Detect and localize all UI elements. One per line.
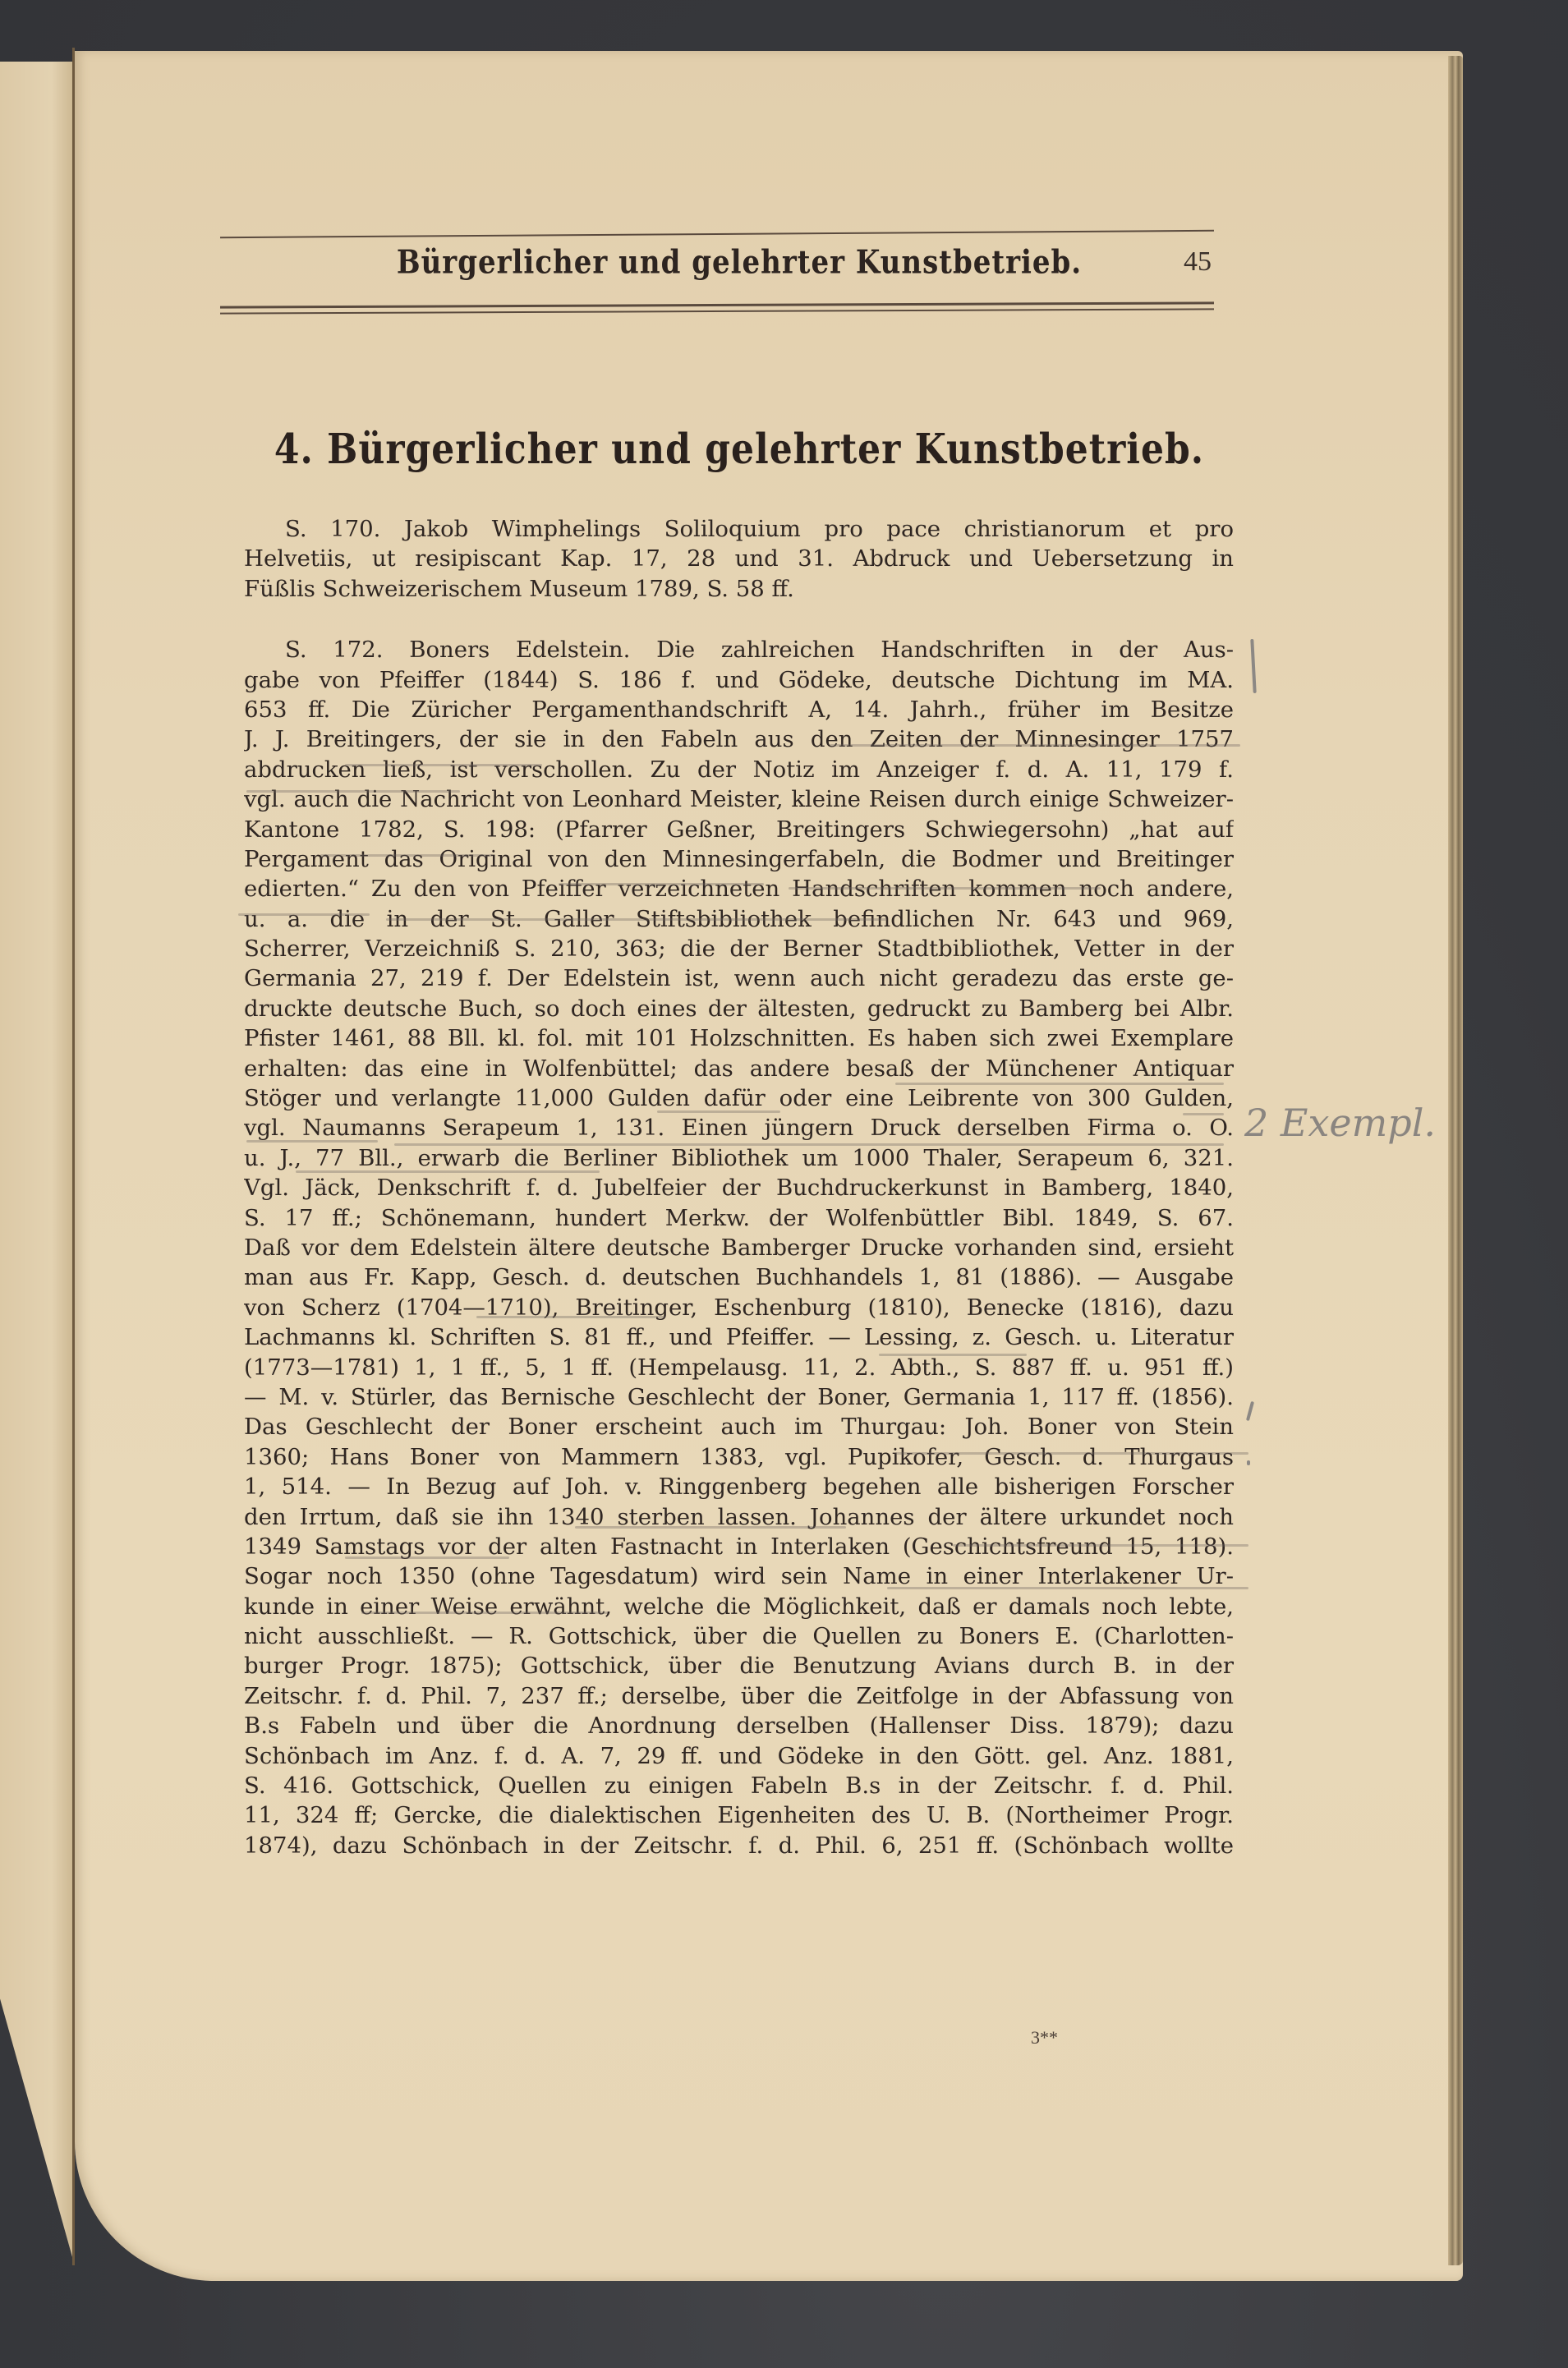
- text-line: erhalten: das eine in Wolfenbüttel; das …: [244, 1054, 1234, 1083]
- text-line: u. J., 77 Bll., erwarb die Berliner Bibl…: [244, 1143, 1234, 1173]
- page-number: 45: [1146, 246, 1212, 278]
- left-page-edge: [0, 62, 74, 2263]
- text-line: druckte deutsche Buch, so doch eines der…: [244, 994, 1234, 1023]
- pencil-underline: [238, 913, 370, 916]
- paragraph-s172: S. 172. Boners Edelstein. Die zahlreiche…: [244, 635, 1234, 1860]
- text-line: Pergament das Original von den Minnesing…: [244, 844, 1234, 874]
- pencil-underline: [394, 1143, 1224, 1146]
- text-line: man aus Fr. Kapp, Gesch. d. deutschen Bu…: [244, 1262, 1234, 1292]
- pencil-underline: [345, 1556, 509, 1559]
- text-line: von Scherz (1704—1710), Breitinger, Esch…: [244, 1293, 1234, 1322]
- text-line: Zeitschr. f. d. Phil. 7, 237 ff.; dersel…: [244, 1681, 1234, 1711]
- text-line: Pfister 1461, 88 Bll. kl. fol. mit 101 H…: [244, 1023, 1234, 1053]
- text-line: J. J. Breitingers, der sie in den Fabeln…: [244, 724, 1234, 754]
- pencil-underline: [345, 764, 542, 766]
- pencil-underline: [476, 1316, 665, 1318]
- text-line: Helvetiis, ut resipiscant Kap. 17, 28 un…: [244, 544, 1234, 573]
- text-line: Lachmanns kl. Schriften S. 81 ff., und P…: [244, 1322, 1234, 1352]
- pencil-underline: [1183, 1113, 1224, 1115]
- pencil-underline: [386, 918, 887, 921]
- pencil-underline: [559, 883, 764, 885]
- text-line: nicht ausschließt. — R. Gottschick, über…: [244, 1621, 1234, 1651]
- pencil-underline: [895, 1083, 1224, 1085]
- text-line: Kantone 1782, S. 198: (Pfarrer Geßner, B…: [244, 815, 1234, 844]
- pencil-underline: [895, 1452, 1248, 1455]
- text-line: S. 17 ff.; Schönemann, hundert Merkw. de…: [244, 1203, 1234, 1233]
- pencil-underline: [953, 1544, 1248, 1547]
- pencil-underline: [657, 1110, 780, 1113]
- pencil-margin-dot: [1247, 1460, 1250, 1465]
- pencil-underline: [879, 1354, 1027, 1356]
- signature-mark: 3**: [1031, 2027, 1058, 2048]
- text-line: abdrucken ließ, ist verschollen. Zu der …: [244, 755, 1234, 784]
- pencil-underline: [789, 887, 1101, 890]
- pencil-underline: [246, 1140, 378, 1143]
- body-text: S. 170. Jakob Wimphelings Soliloquium pr…: [244, 514, 1234, 1860]
- section-title: 4. Bürgerlicher und gelehrter Kunstbetri…: [246, 425, 1232, 474]
- text-line: Schönbach im Anz. f. d. A. 7, 29 ff. und…: [244, 1741, 1234, 1771]
- text-line: vgl. auch die Nachricht von Leonhard Mei…: [244, 784, 1234, 814]
- text-line: S. 172. Boners Edelstein. Die zahlreiche…: [244, 635, 1234, 664]
- text-line: S. 416. Gottschick, Quellen zu einigen F…: [244, 1771, 1234, 1800]
- text-line: Das Geschlecht der Boner erscheint auch …: [244, 1412, 1234, 1441]
- text-line: Stöger und verlangte 11,000 Gulden dafür…: [244, 1083, 1234, 1113]
- text-line: Scherrer, Verzeichniß S. 210, 363; die d…: [244, 934, 1234, 963]
- text-line: (1773—1781) 1, 1 ff., 5, 1 ff. (Hempelau…: [244, 1353, 1234, 1382]
- pencil-underline: [361, 1612, 608, 1614]
- text-line: burger Progr. 1875); Gottschick, über di…: [244, 1651, 1234, 1681]
- text-line: Vgl. Jäck, Denkschrift f. d. Jubelfeier …: [244, 1173, 1234, 1202]
- text-line: 11, 324 ff; Gercke, die dialektischen Ei…: [244, 1800, 1234, 1830]
- running-header-title: Bürgerlicher und gelehrter Kunstbetrieb.: [246, 244, 1232, 282]
- text-line: Daß vor dem Edelstein ältere deutsche Ba…: [244, 1233, 1234, 1262]
- paragraph-gap: [244, 604, 1234, 635]
- text-line: kunde in einer Weise erwähnt, welche die…: [244, 1592, 1234, 1621]
- pencil-underline: [575, 1526, 846, 1529]
- text-line: vgl. Naumanns Serapeum 1, 131. Einen jün…: [244, 1113, 1234, 1143]
- text-line: B.s Fabeln und über die Anordnung dersel…: [244, 1711, 1234, 1740]
- page-stack-edge: [1448, 56, 1463, 2265]
- pencil-underline: [296, 1170, 600, 1173]
- pencil-margin-note: 2 Exempl.: [1244, 1101, 1436, 1145]
- text-line: S. 170. Jakob Wimphelings Soliloquium pr…: [244, 514, 1234, 544]
- text-line: — M. v. Stürler, das Bernische Geschlech…: [244, 1382, 1234, 1412]
- text-line: 1874), dazu Schönbach in der Zeitschr. f…: [244, 1831, 1234, 1860]
- text-line: Germania 27, 219 f. Der Edelstein ist, w…: [244, 963, 1234, 993]
- text-line: 653 ff. Die Züricher Pergamenthandschrif…: [244, 695, 1234, 724]
- text-line: 1, 514. — In Bezug auf Joh. v. Ringgenbe…: [244, 1472, 1234, 1501]
- paragraph-s170: S. 170. Jakob Wimphelings Soliloquium pr…: [244, 514, 1234, 604]
- text-line: 1360; Hans Boner von Mammern 1383, vgl. …: [244, 1442, 1234, 1472]
- pencil-underline: [887, 1587, 1248, 1589]
- text-line: gabe von Pfeiffer (1844) S. 186 f. und G…: [244, 665, 1234, 695]
- pencil-underline: [246, 790, 460, 793]
- pencil-underline: [830, 744, 1240, 747]
- pencil-underline: [320, 854, 493, 857]
- text-line: Füßlis Schweizerischem Museum 1789, S. 5…: [244, 574, 1234, 604]
